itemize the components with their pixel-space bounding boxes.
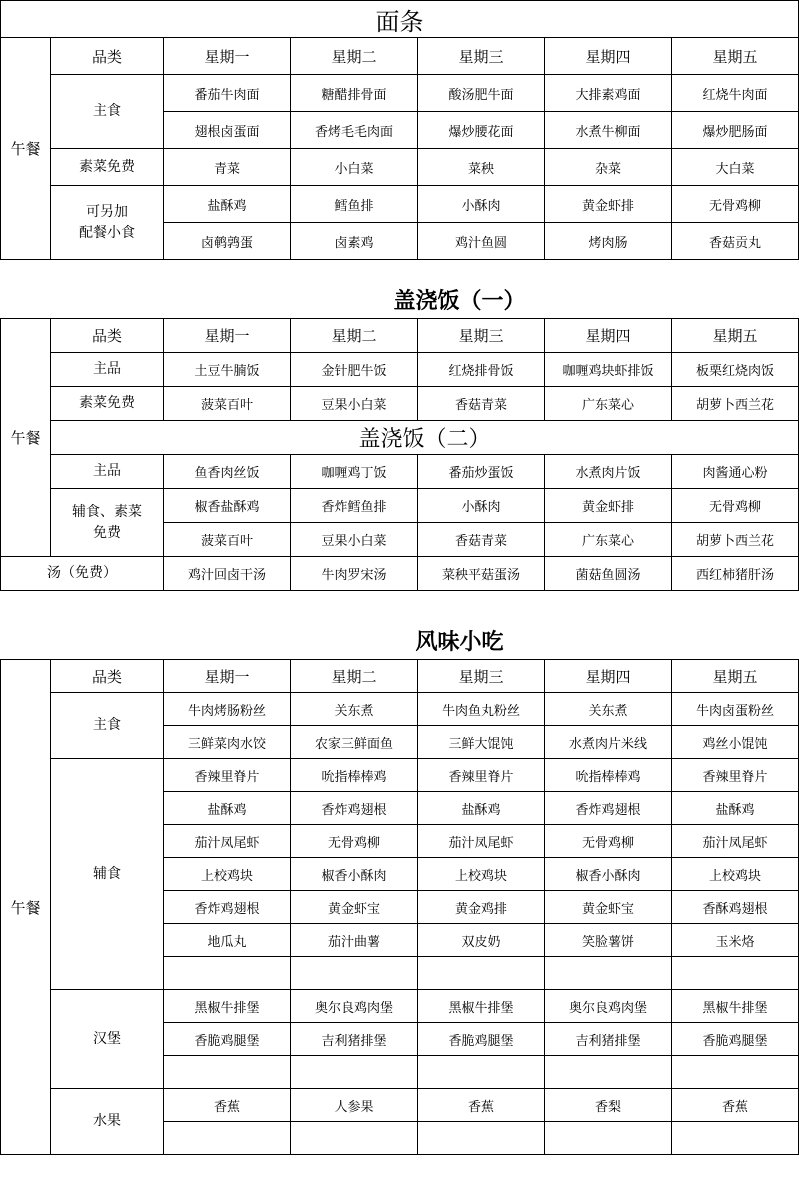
menu-item-cell: 黄金鸡排: [418, 891, 545, 924]
table-header-row: 午餐品类星期一星期二星期三星期四星期五: [1, 38, 799, 75]
menu-item-cell: 杂菜: [545, 149, 672, 186]
menu-item-cell: 菠菜百叶: [164, 523, 291, 557]
menu-item-cell: [672, 957, 799, 990]
menu-item-cell: 吮指棒棒鸡: [291, 759, 418, 792]
menu-item-cell: [291, 1122, 418, 1155]
menu-item-cell: 香辣里脊片: [418, 759, 545, 792]
menu-item-cell: 西红柿猪肝汤: [672, 557, 799, 591]
menu-item-cell: 奥尔良鸡肉堡: [545, 990, 672, 1023]
menu-item-cell: 关东煮: [545, 693, 672, 726]
menu-item-cell: 香炸鸡翅根: [545, 792, 672, 825]
category-label: 可另加 配餐小食: [51, 186, 164, 260]
menu-item-cell: 卤鹌鹑蛋: [164, 223, 291, 260]
category-label: 主品: [51, 353, 164, 387]
menu-document: 面条午餐品类星期一星期二星期三星期四星期五主食番茄牛肉面糖醋排骨面酸汤肥牛面大排…: [0, 0, 799, 1155]
menu-item-cell: 翅根卤蛋面: [164, 112, 291, 149]
menu-item-cell: 黑椒牛排堡: [672, 990, 799, 1023]
table-row: 汤（免费）鸡汁回卤干汤牛肉罗宋汤菜秧平菇蛋汤菌菇鱼圆汤西红柿猪肝汤: [1, 557, 799, 591]
menu-item-cell: 无骨鸡柳: [672, 186, 799, 223]
category-label: 辅食、素菜 免费: [51, 489, 164, 557]
table-row: 辅食、素菜 免费椒香盐酥鸡香炸鳕鱼排小酥肉黄金虾排无骨鸡柳: [1, 489, 799, 523]
menu-item-cell: 水煮肉片米线: [545, 726, 672, 759]
menu-item-cell: 三鲜大馄饨: [418, 726, 545, 759]
menu-item-cell: [291, 1056, 418, 1089]
menu-item-cell: 上校鸡块: [672, 858, 799, 891]
menu-item-cell: 农家三鲜面鱼: [291, 726, 418, 759]
menu-item-cell: 上校鸡块: [418, 858, 545, 891]
menu-item-cell: 盐酥鸡: [164, 186, 291, 223]
menu-item-cell: 椒香小酥肉: [291, 858, 418, 891]
menu-item-cell: 豆果小白菜: [291, 523, 418, 557]
menu-item-cell: 黑椒牛排堡: [164, 990, 291, 1023]
menu-item-cell: 无骨鸡柳: [672, 489, 799, 523]
meal-label: 午餐: [1, 38, 51, 260]
meal-label: 午餐: [1, 319, 51, 557]
menu-item-cell: 香蕉: [418, 1089, 545, 1122]
menu-table-noodles: 面条午餐品类星期一星期二星期三星期四星期五主食番茄牛肉面糖醋排骨面酸汤肥牛面大排…: [0, 0, 799, 260]
section-subtitle: 盖浇饭（二）: [51, 421, 799, 455]
menu-item-cell: [291, 957, 418, 990]
menu-item-cell: 菜秧: [418, 149, 545, 186]
category-label: 素菜免费: [51, 387, 164, 421]
menu-item-cell: [672, 1122, 799, 1155]
category-label: 汉堡: [51, 990, 164, 1089]
menu-item-cell: 盐酥鸡: [672, 792, 799, 825]
day-header: 星期四: [545, 319, 672, 353]
menu-item-cell: 奥尔良鸡肉堡: [291, 990, 418, 1023]
day-header: 星期一: [164, 319, 291, 353]
menu-item-cell: 烤肉肠: [545, 223, 672, 260]
category-label: 主食: [51, 693, 164, 759]
menu-item-cell: 椒香盐酥鸡: [164, 489, 291, 523]
menu-item-cell: 黄金虾排: [545, 186, 672, 223]
menu-item-cell: 人参果: [291, 1089, 418, 1122]
menu-item-cell: 香菇贡丸: [672, 223, 799, 260]
table-row: 素菜免费青菜小白菜菜秧杂菜大白菜: [1, 149, 799, 186]
menu-item-cell: 鱼香肉丝饭: [164, 455, 291, 489]
menu-item-cell: [545, 1056, 672, 1089]
menu-item-cell: 广东菜心: [545, 523, 672, 557]
table-row: 盖浇饭（二）: [1, 421, 799, 455]
table-header-row: 午餐品类星期一星期二星期三星期四星期五: [1, 660, 799, 693]
menu-item-cell: 香菇青菜: [418, 523, 545, 557]
menu-item-cell: 广东菜心: [545, 387, 672, 421]
menu-table-rice-bowls: 午餐品类星期一星期二星期三星期四星期五主品土豆牛腩饭金针肥牛饭红烧排骨饭咖喱鸡块…: [0, 318, 799, 591]
day-header: 星期四: [545, 38, 672, 75]
menu-item-cell: 牛肉卤蛋粉丝: [672, 693, 799, 726]
menu-item-cell: 小酥肉: [418, 186, 545, 223]
meal-label: 午餐: [1, 660, 51, 1155]
menu-item-cell: 茄汁凤尾虾: [672, 825, 799, 858]
day-header: 星期五: [672, 319, 799, 353]
soup-label: 汤（免费）: [1, 557, 164, 591]
menu-item-cell: 地瓜丸: [164, 924, 291, 957]
menu-item-cell: 大白菜: [672, 149, 799, 186]
menu-item-cell: 菌菇鱼圆汤: [545, 557, 672, 591]
menu-item-cell: [545, 1122, 672, 1155]
menu-item-cell: 爆炒肥肠面: [672, 112, 799, 149]
menu-item-cell: 玉米烙: [672, 924, 799, 957]
menu-item-cell: 香炸鸡翅根: [164, 891, 291, 924]
menu-item-cell: 盐酥鸡: [164, 792, 291, 825]
menu-item-cell: 盐酥鸡: [418, 792, 545, 825]
menu-item-cell: 肉酱通心粉: [672, 455, 799, 489]
menu-item-cell: 牛肉烤肠粉丝: [164, 693, 291, 726]
menu-item-cell: 豆果小白菜: [291, 387, 418, 421]
table-row: 水果香蕉人参果香蕉香梨香蕉: [1, 1089, 799, 1122]
menu-item-cell: [418, 957, 545, 990]
menu-item-cell: 番茄牛肉面: [164, 75, 291, 112]
menu-item-cell: 茄汁凤尾虾: [164, 825, 291, 858]
menu-item-cell: 吉利猪排堡: [545, 1023, 672, 1056]
table-row: 主食牛肉烤肠粉丝关东煮牛肉鱼丸粉丝关东煮牛肉卤蛋粉丝: [1, 693, 799, 726]
menu-item-cell: 关东煮: [291, 693, 418, 726]
table-row: 素菜免费菠菜百叶豆果小白菜香菇青菜广东菜心胡萝卜西兰花: [1, 387, 799, 421]
menu-item-cell: 香烤毛毛肉面: [291, 112, 418, 149]
menu-item-cell: 小白菜: [291, 149, 418, 186]
menu-item-cell: 番茄炒蛋饭: [418, 455, 545, 489]
table-row: 主品鱼香肉丝饭咖喱鸡丁饭番茄炒蛋饭水煮肉片饭肉酱通心粉: [1, 455, 799, 489]
category-header: 品类: [51, 660, 164, 693]
menu-item-cell: 土豆牛腩饭: [164, 353, 291, 387]
category-label: 主食: [51, 75, 164, 149]
menu-item-cell: 香脆鸡腿堡: [418, 1023, 545, 1056]
menu-item-cell: [545, 957, 672, 990]
menu-item-cell: 香辣里脊片: [164, 759, 291, 792]
menu-item-cell: 卤素鸡: [291, 223, 418, 260]
day-header: 星期三: [418, 319, 545, 353]
menu-item-cell: 茄汁曲薯: [291, 924, 418, 957]
day-header: 星期四: [545, 660, 672, 693]
menu-item-cell: 水煮牛柳面: [545, 112, 672, 149]
menu-item-cell: 香炸鳕鱼排: [291, 489, 418, 523]
menu-item-cell: 无骨鸡柳: [545, 825, 672, 858]
menu-item-cell: [418, 1056, 545, 1089]
day-header: 星期一: [164, 38, 291, 75]
day-header: 星期三: [418, 38, 545, 75]
menu-item-cell: 香蕉: [672, 1089, 799, 1122]
menu-item-cell: 水煮肉片饭: [545, 455, 672, 489]
menu-item-cell: 笑脸薯饼: [545, 924, 672, 957]
menu-item-cell: 鸡丝小馄饨: [672, 726, 799, 759]
menu-item-cell: 红烧排骨饭: [418, 353, 545, 387]
day-header: 星期一: [164, 660, 291, 693]
day-header: 星期二: [291, 660, 418, 693]
table-row: 主品土豆牛腩饭金针肥牛饭红烧排骨饭咖喱鸡块虾排饭板栗红烧肉饭: [1, 353, 799, 387]
category-label: 素菜免费: [51, 149, 164, 186]
menu-item-cell: [672, 1056, 799, 1089]
menu-item-cell: 胡萝卜西兰花: [672, 523, 799, 557]
menu-item-cell: 咖喱鸡丁饭: [291, 455, 418, 489]
day-header: 星期二: [291, 38, 418, 75]
menu-item-cell: 香蕉: [164, 1089, 291, 1122]
menu-item-cell: 吉利猪排堡: [291, 1023, 418, 1056]
category-label: 水果: [51, 1089, 164, 1155]
menu-item-cell: 大排素鸡面: [545, 75, 672, 112]
day-header: 星期三: [418, 660, 545, 693]
category-label: 主品: [51, 455, 164, 489]
menu-item-cell: 酸汤肥牛面: [418, 75, 545, 112]
section-title-snacks: 风味小吃: [0, 627, 799, 657]
section-title-noodles: 面条: [1, 1, 799, 38]
menu-item-cell: 黑椒牛排堡: [418, 990, 545, 1023]
menu-item-cell: [164, 957, 291, 990]
menu-item-cell: 香脆鸡腿堡: [164, 1023, 291, 1056]
menu-item-cell: 菠菜百叶: [164, 387, 291, 421]
menu-item-cell: 胡萝卜西兰花: [672, 387, 799, 421]
menu-item-cell: 三鲜菜肉水饺: [164, 726, 291, 759]
menu-item-cell: 黄金虾宝: [291, 891, 418, 924]
menu-item-cell: 香酥鸡翅根: [672, 891, 799, 924]
menu-item-cell: 鸡汁回卤干汤: [164, 557, 291, 591]
menu-item-cell: 金针肥牛饭: [291, 353, 418, 387]
menu-item-cell: 黄金虾排: [545, 489, 672, 523]
menu-item-cell: 椒香小酥肉: [545, 858, 672, 891]
menu-item-cell: [164, 1122, 291, 1155]
day-header: 星期五: [672, 660, 799, 693]
table-row: 辅食香辣里脊片吮指棒棒鸡香辣里脊片吮指棒棒鸡香辣里脊片: [1, 759, 799, 792]
menu-item-cell: 爆炒腰花面: [418, 112, 545, 149]
menu-item-cell: 茄汁凤尾虾: [418, 825, 545, 858]
menu-item-cell: 牛肉鱼丸粉丝: [418, 693, 545, 726]
menu-item-cell: 无骨鸡柳: [291, 825, 418, 858]
menu-item-cell: 青菜: [164, 149, 291, 186]
table-row: 面条: [1, 1, 799, 38]
menu-item-cell: 鳕鱼排: [291, 186, 418, 223]
category-header: 品类: [51, 319, 164, 353]
table-row: 可另加 配餐小食盐酥鸡鳕鱼排小酥肉黄金虾排无骨鸡柳: [1, 186, 799, 223]
menu-item-cell: 黄金虾宝: [545, 891, 672, 924]
day-header: 星期五: [672, 38, 799, 75]
category-label: 辅食: [51, 759, 164, 990]
menu-item-cell: 上校鸡块: [164, 858, 291, 891]
menu-item-cell: 鸡汁鱼圆: [418, 223, 545, 260]
menu-item-cell: 板栗红烧肉饭: [672, 353, 799, 387]
menu-item-cell: 小酥肉: [418, 489, 545, 523]
menu-item-cell: 红烧牛肉面: [672, 75, 799, 112]
menu-item-cell: 香梨: [545, 1089, 672, 1122]
menu-item-cell: [164, 1056, 291, 1089]
menu-item-cell: 糖醋排骨面: [291, 75, 418, 112]
menu-item-cell: 双皮奶: [418, 924, 545, 957]
table-header-row: 午餐品类星期一星期二星期三星期四星期五: [1, 319, 799, 353]
section-title-rice-bowls: 盖浇饭（一）: [0, 286, 799, 316]
menu-item-cell: [418, 1122, 545, 1155]
menu-item-cell: 吮指棒棒鸡: [545, 759, 672, 792]
menu-item-cell: 香脆鸡腿堡: [672, 1023, 799, 1056]
menu-item-cell: 香辣里脊片: [672, 759, 799, 792]
day-header: 星期二: [291, 319, 418, 353]
menu-table-snacks: 午餐品类星期一星期二星期三星期四星期五主食牛肉烤肠粉丝关东煮牛肉鱼丸粉丝关东煮牛…: [0, 659, 799, 1155]
menu-item-cell: 菜秧平菇蛋汤: [418, 557, 545, 591]
menu-item-cell: 香菇青菜: [418, 387, 545, 421]
menu-item-cell: 咖喱鸡块虾排饭: [545, 353, 672, 387]
table-row: 汉堡黑椒牛排堡奥尔良鸡肉堡黑椒牛排堡奥尔良鸡肉堡黑椒牛排堡: [1, 990, 799, 1023]
category-header: 品类: [51, 38, 164, 75]
table-row: 主食番茄牛肉面糖醋排骨面酸汤肥牛面大排素鸡面红烧牛肉面: [1, 75, 799, 112]
menu-item-cell: 香炸鸡翅根: [291, 792, 418, 825]
menu-item-cell: 牛肉罗宋汤: [291, 557, 418, 591]
